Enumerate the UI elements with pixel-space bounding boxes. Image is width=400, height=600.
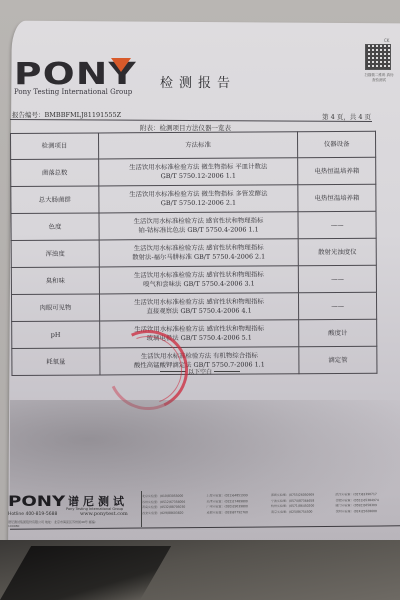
- cell-method: 生活饮用水标准检验方法 微生物指标 多管发酵法GB/T 5750.12-2006…: [99, 185, 299, 213]
- cell-instrument: 电热恒温培养箱: [298, 184, 376, 211]
- table-row: 菌落总数 生活饮用水标准检验方法 微生物指标 平皿计数法GB/T 5750.12…: [11, 157, 376, 186]
- method-standard: 散射法-福尔马肼标准 GB/T 5750.4-2006 2.1: [99, 252, 298, 262]
- method-standard: 铂-钴标准比色法 GB/T 5750.4-2006 1.1: [99, 225, 298, 235]
- cell-item: 浑浊度: [11, 240, 99, 268]
- cell-instrument: 电热恒温培养箱: [298, 157, 376, 184]
- branch-contact: 深圳实验室：(0755)26050909: [271, 492, 336, 497]
- cell-method: 生活饮用水标准检验方法 感官性状和物理指标直接观察法 GB/T 5750.4-2…: [99, 293, 299, 321]
- branch-contact: 宁波实验室：(0574)87364658: [271, 498, 336, 503]
- cell-item: 菌落总数: [11, 159, 99, 187]
- cell-method: 生活饮用水标准检验方法 感官性状和物理指标散射法-福尔马肼标准 GB/T 575…: [99, 239, 299, 267]
- cell-method: 生活饮用水标准检验方法 感官性状和物理指标嗅气和尝味法 GB/T 5750.4-…: [99, 266, 299, 294]
- report-number: 报告编号：BMBBFMLJ81191555Z: [12, 110, 121, 119]
- branch-contact: 沈阳实验室：(024)25628600: [336, 508, 400, 513]
- branch-contact: 北京实验室：(010)83055000: [142, 494, 207, 499]
- cell-method: 生活饮用水标准检验方法 感官性状和物理指标铂-钴标准比色法 GB/T 5750.…: [99, 212, 299, 240]
- branch-contact: 成都实验室：(028)87792760: [207, 509, 272, 514]
- end-of-table-mark: 以下空白: [160, 367, 240, 376]
- page-indicator: 第 4 页，共 4 页: [322, 112, 371, 121]
- table-row: 总大肠菌群 生活饮用水标准检验方法 微生物指标 多管发酵法GB/T 5750.1…: [11, 184, 376, 213]
- footer-address: 谱尼测试集团股份有限公司 地址：北京市海淀区苏州街49号 邮编：100080: [8, 520, 98, 528]
- qr-tag: CK: [384, 38, 389, 43]
- branch-contact: 西安实验室：(029)88603820: [142, 510, 207, 515]
- cell-instrument: ——: [299, 265, 377, 292]
- method-standard: 嗅气和尝味法 GB/T 5750.4-2006 3.1: [100, 279, 299, 289]
- cell-instrument: ——: [299, 292, 377, 319]
- method-standard: 直接观察法 GB/T 5750.4-2006 4.1: [100, 306, 299, 316]
- branch-contact: 天津实验室：(022)27489800: [206, 499, 271, 504]
- branch-contact: 南京实验室：(025)86754500: [271, 509, 336, 514]
- end-line-right: [214, 371, 240, 372]
- table-row: 臭和味 生活饮用水标准检验方法 感官性状和物理指标嗅气和尝味法 GB/T 575…: [11, 265, 376, 294]
- end-mark-text: 以下空白: [188, 367, 212, 376]
- method-standard: GB/T 5750.12-2006 2.1: [99, 198, 298, 208]
- end-line-left: [160, 371, 186, 372]
- cell-instrument: 散射光浊度仪: [298, 238, 376, 265]
- report-number-label: 报告编号：: [12, 111, 45, 119]
- column-header-item: 检测项目: [11, 133, 99, 160]
- cell-instrument: ——: [298, 211, 376, 238]
- column-header-instrument: 仪器设备: [298, 131, 376, 157]
- method-standard: GB/T 5750.12-2006 1.1: [99, 171, 298, 181]
- cell-item: 臭和味: [11, 267, 99, 295]
- branch-contact: 广州实验室：(020)29039800: [207, 504, 272, 509]
- branch-contact: 青岛实验室：(0532)88705030: [142, 505, 207, 510]
- cell-item: 肉眼可见物: [11, 294, 99, 322]
- table-row: 肉眼可见物 生活饮用水标准检验方法 感官性状和物理指标直接观察法 GB/T 57…: [11, 292, 376, 321]
- cell-instrument: 滴定管: [299, 346, 377, 373]
- branch-contact: 杭州实验室：(0571)86450200: [271, 503, 336, 508]
- cell-item: 耗氧量: [12, 348, 100, 376]
- footer-logo: PONY: [8, 494, 65, 510]
- branch-contact: 厦门实验室：(0592)5658309: [336, 503, 400, 508]
- qr-code-icon: [365, 44, 391, 70]
- branch-contact: 上海实验室：(021)64851999: [206, 493, 271, 498]
- branch-contact: 武汉实验室：(027)83390717: [335, 492, 400, 497]
- branch-contact: 合肥实验室：(0551)65384974: [335, 497, 400, 502]
- column-header-method: 方法标准: [98, 132, 298, 159]
- table-row: 色度 生活饮用水标准检验方法 感官性状和物理指标铂-钴标准比色法 GB/T 57…: [11, 211, 376, 240]
- branch-contact: 苏州实验室：(0512)67356006: [142, 499, 207, 504]
- table-caption: 附表：检测项目方法仪器一览表: [140, 123, 231, 132]
- footer-website: www.ponytest.com: [80, 511, 128, 517]
- table-row: pH 生活饮用水标准检验方法 感官性状和物理指标玻璃电极法 GB/T 5750.…: [12, 319, 377, 348]
- report-number-value: BMBBFMLJ81191555Z: [45, 111, 122, 119]
- footer-hotline: Hotline 400-819-5688: [8, 512, 57, 517]
- cell-item: pH: [12, 321, 100, 349]
- table-row: 浑浊度 生活饮用水标准检验方法 感官性状和物理指标散射法-福尔马肼标准 GB/T…: [11, 238, 376, 267]
- cell-item: 色度: [11, 213, 99, 241]
- cell-item: 总大肠菌群: [11, 186, 99, 214]
- logo-triangle-icon: [111, 58, 131, 72]
- method-standard: 玻璃电极法 GB/T 5750.4-2006 5.1: [100, 333, 299, 343]
- logo-subtitle: Pony Testing International Group: [14, 88, 132, 96]
- page-title: 检测报告: [160, 72, 236, 91]
- cell-method: 生活饮用水标准检验方法 微生物指标 平皿计数法GB/T 5750.12-2006…: [98, 158, 298, 186]
- qr-caption: 扫描微二维码 真伪查验测试: [364, 73, 394, 83]
- methods-table: 检测项目 方法标准 仪器设备 菌落总数 生活饮用水标准检验方法 微生物指标 平皿…: [10, 131, 377, 376]
- table-header-row: 检测项目 方法标准 仪器设备: [11, 131, 376, 159]
- cell-instrument: 酸度计: [299, 319, 377, 346]
- cell-method: 生活饮用水标准检验方法 感官性状和物理指标玻璃电极法 GB/T 5750.4-2…: [99, 320, 299, 348]
- footer-branch-list: 北京实验室：(010)83055000 上海实验室：(021)64851999 …: [142, 492, 400, 515]
